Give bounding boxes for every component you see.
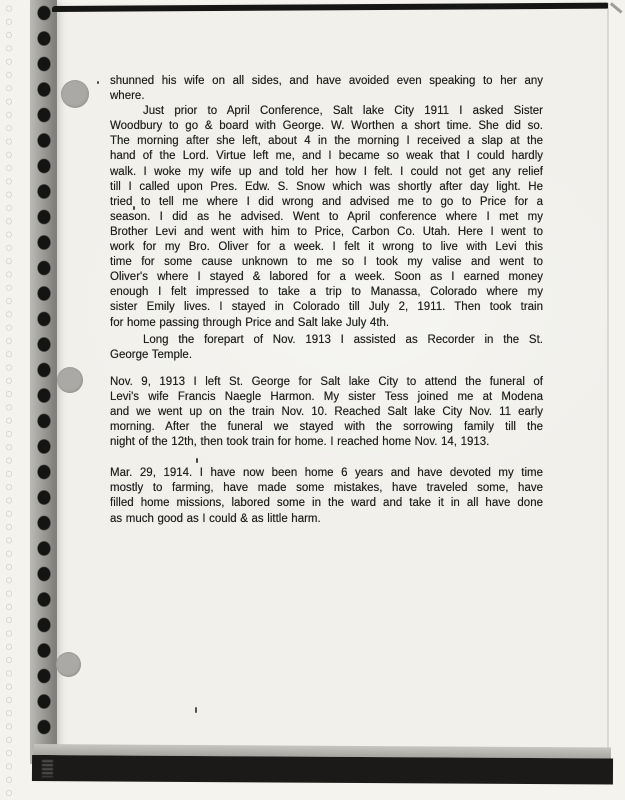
text-line: where. [110, 89, 543, 104]
ink-speck [196, 458, 198, 463]
page-bottom-edge-shadow [32, 755, 613, 785]
text-line: as much good as I could & as little harm… [110, 512, 543, 527]
paragraph: shunned his wife on all sides, and have … [110, 74, 543, 104]
paragraph: Long the forepart of Nov. 1913 I assiste… [110, 333, 543, 363]
text-line: Just prior to April Conference, Salt lak… [110, 104, 543, 119]
ink-speck [195, 707, 197, 713]
ink-speck [97, 81, 99, 84]
paragraph: Mar. 29, 1914. I have now been home 6 ye… [110, 466, 543, 526]
text-line: morning. After the funeral we stayed wit… [110, 420, 543, 435]
text-line: Mar. 29, 1914. I have now been home 6 ye… [110, 466, 543, 481]
text-line: The morning after she left, about 4 in t… [110, 134, 543, 149]
journal-text-block: shunned his wife on all sides, and have … [110, 74, 543, 527]
hole-punch-middle [57, 367, 83, 393]
scan-smudge [42, 760, 53, 777]
text-line: mostly to farming, have made some mistak… [110, 481, 543, 496]
hole-punch-bottom [56, 652, 81, 677]
text-line: till I called upon Pres. Edw. S. Snow wh… [110, 180, 543, 195]
text-line: sister Emily lives. I stayed in Colorado… [110, 300, 543, 315]
text-line: night of the 12th, then took train for h… [110, 435, 543, 450]
text-line: Long the forepart of Nov. 1913 I assiste… [110, 333, 543, 348]
text-line: Nov. 9, 1913 I left St. George for Salt … [110, 375, 543, 390]
text-line: and we went up on the train Nov. 10. Rea… [110, 405, 543, 420]
comb-binding [30, 0, 57, 764]
scanned-document: shunned his wife on all sides, and have … [0, 0, 625, 800]
text-line: Oliver's where I stayed & labored for a … [110, 270, 543, 285]
binding-ring-ends-column [1, 2, 16, 798]
hole-punch-top [61, 80, 89, 108]
text-line: for home passing through Price and Salt … [110, 316, 543, 331]
text-line: walk. I woke my wife up and told her how… [110, 165, 543, 180]
page-top-right-corner-mark [610, 2, 622, 13]
text-line: season. I did as he advised. Went to Apr… [110, 210, 543, 225]
text-line: tried to tell me where I did wrong and a… [110, 195, 543, 210]
text-line: hand of the Lord. Virtue left me, and I … [110, 149, 543, 164]
text-line: shunned his wife on all sides, and have … [110, 74, 543, 89]
text-line: Woodbury to go & board with George. W. W… [110, 119, 543, 134]
text-line: Levi's wife Francis Naegle Harmon. My si… [110, 390, 543, 405]
text-line: George Temple. [110, 348, 543, 363]
text-line: work for my Bro. Oliver for a week. I fe… [110, 240, 543, 255]
text-line: time for some cause unknown to me so I t… [110, 255, 543, 270]
paragraph: Just prior to April Conference, Salt lak… [110, 104, 543, 330]
paragraph: Nov. 9, 1913 I left St. George for Salt … [110, 375, 543, 450]
text-line: Brother Levi and went with him to Price,… [110, 225, 543, 240]
text-line: enough I felt impressed to take a trip t… [110, 285, 543, 300]
ink-speck [133, 206, 135, 210]
text-line: filled home missions, labored some in th… [110, 496, 543, 511]
